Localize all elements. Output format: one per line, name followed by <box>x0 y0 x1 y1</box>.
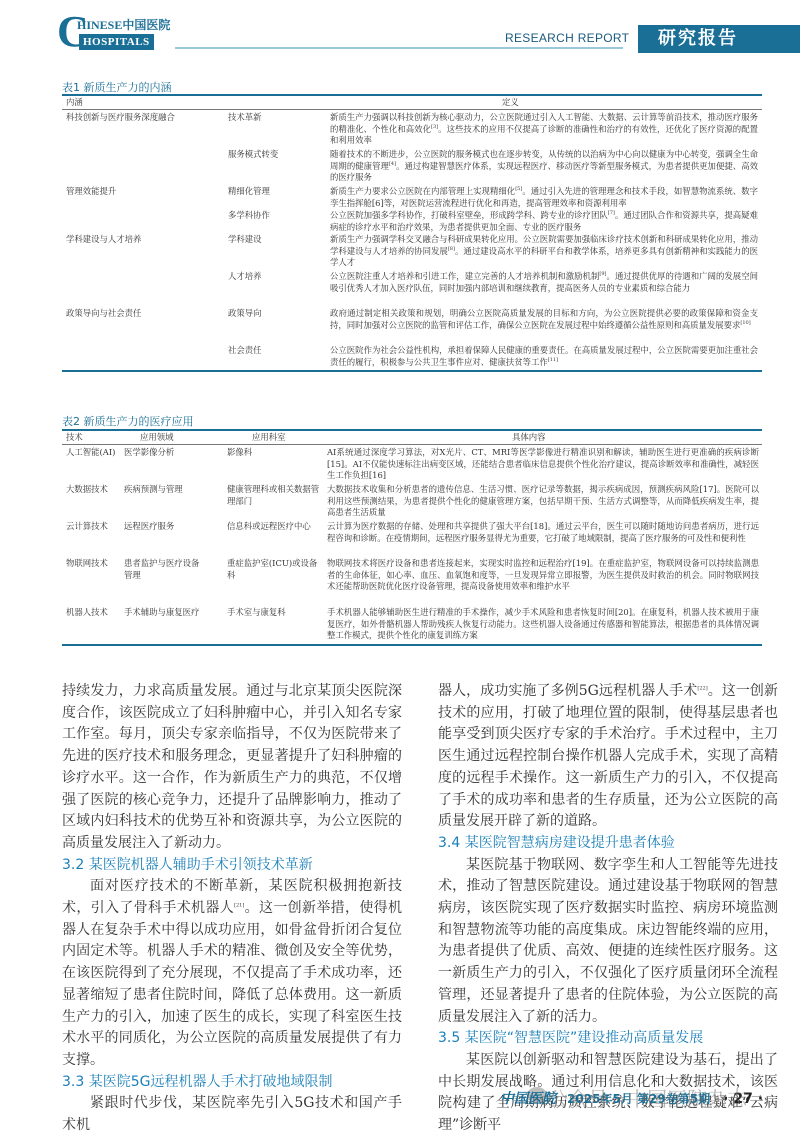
table2-dept: 重症监护室(ICU)或设备科 <box>227 558 322 581</box>
table1-category: 科技创新与医疗服务深度融合 <box>66 112 175 124</box>
table1-category: 政策导向与社会责任 <box>66 308 141 320</box>
table1-row: 政策导向与社会责任政策导向政府通过制定相关政策和规划，明确公立医院高质量发展的目… <box>62 308 762 345</box>
table2-header: 技术 应用领域 应用科室 具体内容 <box>62 431 762 445</box>
table2-content: 手术机器人能够辅助医生进行精准的手术操作，减少手术风险和患者恢复时间[20]。在… <box>327 607 759 642</box>
table1-subcategory: 政策导向 <box>228 308 262 320</box>
table2-row: 物联网技术患者监护与医疗设备管理重症监护室(ICU)或设备科物联网技术将医疗设备… <box>62 558 762 607</box>
table1-row: 人才培养公立医院注重人才培养和引进工作，建立完善的人才培养机制和激励机制[9]。… <box>62 271 762 308</box>
header-divider <box>175 47 623 49</box>
citation: [7] <box>608 210 615 216</box>
paragraph: 持续发力，力求高质量发展。通过与北京某顶尖医院深度合作，该医院成立了妇科肿瘤中心… <box>62 681 402 855</box>
table2-header-field: 应用领域 <box>140 432 174 444</box>
watermark: 公众号 · 中国医院杂志 <box>548 1083 747 1112</box>
section-heading-3-3: 3.3 某医院5G远程机器人手术打破地域限制 <box>62 1072 402 1094</box>
table1-row: 多学科协作公立医院加强多学科协作，打破科室壁垒，形成跨学科、跨专业的诊疗团队[7… <box>62 210 762 234</box>
logo-line-hospitals: HOSPITALS <box>79 34 154 50</box>
table2-content: AI系统通过深度学习算法，对X光片、CT、MRI等医学影像进行精准识别和解读，辅… <box>327 447 759 482</box>
table1-subcategory: 多学科协作 <box>228 210 270 222</box>
table1-subcategory: 技术革新 <box>228 112 262 124</box>
table2-content: 云计算为医疗数据的存储、处理和共享提供了强大平台[18]。通过云平台，医生可以随… <box>327 521 759 544</box>
text: 。这一创新技术的应用，打破了地理位置的限制，使得基层患者也能享受到顶尖医疗专家的… <box>438 683 778 829</box>
table2-field: 手术辅助与康复医疗 <box>124 607 204 619</box>
paragraph: 某医院基于物联网、数字孪生和人工智能等先进技术，推动了智慧医院建设。通过建设基于… <box>438 855 778 1029</box>
journal-logo: C HINESE中国医院 HOSPITALS <box>57 14 177 54</box>
text: 器人，成功实施了多例5G远程机器人手术 <box>438 683 697 699</box>
table1-definition: 公立医院注重人才培养和引进工作，建立完善的人才培养机制和激励机制[9]。通过提供… <box>330 271 758 294</box>
citation: [11] <box>548 357 558 363</box>
text: 。这一创新举措，使得机器人在复杂手术中得以成功应用，如骨盆骨折闭合复位内固定术等… <box>62 900 402 1068</box>
paragraph: 面对医疗技术的不断革新，某医院积极拥抱新技术，引入了骨科手术机器人[21]。这一… <box>62 876 402 1071</box>
section-heading-3-5: 3.5 某医院“智慧医院”建设推动高质量发展 <box>438 1028 778 1050</box>
table1-row: 社会责任公立医院作为社会公益性机构，承担着保障人民健康的重要责任。在高质量发展过… <box>62 345 762 370</box>
table2-header-content: 具体内容 <box>512 432 546 444</box>
table1-header: 内涵 定义 <box>62 96 762 110</box>
table2-field: 疾病预测与管理 <box>124 484 204 496</box>
paragraph: 紧跟时代步伐，某医院率先引入5G技术和国产手术机 <box>62 1093 402 1131</box>
table1-header-definition: 定义 <box>502 97 519 109</box>
citation: [22] <box>697 685 707 691</box>
body-column-left: 持续发力，力求高质量发展。通过与北京某顶尖医院深度合作，该医院成立了妇科肿瘤中心… <box>62 681 402 1131</box>
table1-subcategory: 精细化管理 <box>228 186 270 198</box>
table1-row: 管理效能提升精细化管理新质生产力要求公立医院在内部管理上实现精细化[5]。通过引… <box>62 186 762 210</box>
table2-field: 医学影像分析 <box>124 447 204 459</box>
section-heading-3-2: 3.2 某医院机器人辅助手术引领技术革新 <box>62 855 402 877</box>
table2-header-tech: 技术 <box>66 432 83 444</box>
citation: [10] <box>740 320 750 326</box>
paragraph: 器人，成功实施了多例5G远程机器人手术[22]。这一创新技术的应用，打破了地理位… <box>438 681 778 833</box>
table1-caption: 表1 新质生产力的内涵 <box>62 79 172 95</box>
table2-caption: 表2 新质生产力的医疗应用 <box>62 413 194 429</box>
table1-definition: 新质生产力要求公立医院在内部管理上实现精细化[5]。通过引入先进的管理理念和技术… <box>330 186 758 209</box>
table2-header-dept: 应用科室 <box>252 432 286 444</box>
table2-row: 机器人技术手术辅助与康复医疗手术室与康复科手术机器人能够辅助医生进行精准的手术操… <box>62 607 762 644</box>
table2-dept: 健康管理科或相关数据管理部门 <box>227 484 322 507</box>
table2-row: 大数据技术疾病预测与管理健康管理科或相关数据管理部门大数据技术收集和分析患者的遗… <box>62 484 762 521</box>
section-tab: 研究报告 <box>638 25 800 53</box>
citation: [4] <box>389 161 396 167</box>
table1-subcategory: 人才培养 <box>228 271 262 283</box>
text: 公立医院加强多学科协作，打破科室壁垒，形成跨学科、跨专业的诊疗团队 <box>330 210 608 220</box>
table2-content: 物联网技术将医疗设备和患者连接起来，实现实时监控和远程治疗[19]。在重症监护室… <box>327 558 759 593</box>
body-column-right: 器人，成功实施了多例5G远程机器人手术[22]。这一创新技术的应用，打破了地理位… <box>438 681 778 1131</box>
table1-definition: 随着技术的不断进步，公立医院的服务模式也在逐步转变，从传统的以治病为中心向以健康… <box>330 149 758 184</box>
table2: 技术 应用领域 应用科室 具体内容 人工智能(AI)医学影像分析影像科AI系统通… <box>62 429 762 646</box>
table2-field: 患者监护与医疗设备管理 <box>124 558 204 581</box>
text: 政府通过制定相关政策和规划，明确公立医院高质量发展的目标和方向，为公立医院提供必… <box>330 308 758 330</box>
table2-dept: 手术室与康复科 <box>227 607 322 619</box>
section-heading-3-4: 3.4 某医院智慧病房建设提升患者体验 <box>438 833 778 855</box>
table2-row: 云计算技术远程医疗服务信息科或远程医疗中心云计算为医疗数据的存储、处理和共享提供… <box>62 521 762 558</box>
research-report-label: RESEARCH REPORT <box>505 31 629 45</box>
table1-definition: 公立医院加强多学科协作，打破科室壁垒，形成跨学科、跨专业的诊疗团队[7]。通过团… <box>330 210 758 233</box>
table2-row: 人工智能(AI)医学影像分析影像科AI系统通过深度学习算法，对X光片、CT、MR… <box>62 447 762 484</box>
citation: [21] <box>234 902 244 908</box>
table2-dept: 信息科或远程医疗中心 <box>227 521 322 533</box>
table1-subcategory: 服务模式转变 <box>228 149 278 161</box>
table1-row: 服务模式转变随着技术的不断进步，公立医院的服务模式也在逐步转变，从传统的以治病为… <box>62 149 762 186</box>
table2-field: 远程医疗服务 <box>124 521 204 533</box>
page-header: C HINESE中国医院 HOSPITALS RESEARCH REPORT 研… <box>0 0 800 60</box>
table1-category: 学科建设与人才培养 <box>66 234 141 246</box>
table1-row: 科技创新与医疗服务深度融合技术革新新质生产力强调以科技创新为核心驱动力，公立医院… <box>62 112 762 149</box>
logo-line-chinese: HINESE中国医院 <box>77 18 170 32</box>
text: 新质生产力要求公立医院在内部管理上实现精细化 <box>330 186 515 196</box>
table1: 内涵 定义 科技创新与医疗服务深度融合技术革新新质生产力强调以科技创新为核心驱动… <box>62 94 762 372</box>
text: 公立医院注重人才培养和引进工作，建立完善的人才培养机制和激励机制 <box>330 271 599 281</box>
table1-row: 学科建设与人才培养学科建设新质生产力强调学科交叉融合与科研成果转化应用。公立医院… <box>62 234 762 271</box>
table1-category: 管理效能提升 <box>66 186 116 198</box>
table2-dept: 影像科 <box>227 447 322 459</box>
table1-definition: 政府通过制定相关政策和规划，明确公立医院高质量发展的目标和方向，为公立医院提供必… <box>330 308 758 331</box>
table1-subcategory: 学科建设 <box>228 234 262 246</box>
citation: [8] <box>448 246 455 252</box>
table1-subcategory: 社会责任 <box>228 345 262 357</box>
table1-header-content: 内涵 <box>66 97 83 109</box>
text: 公立医院作为社会公益性机构，承担着保障人民健康的重要责任。在高质量发展过程中，公… <box>330 345 758 367</box>
table2-content: 大数据技术收集和分析患者的遗传信息、生活习惯、医疗记录等数据，揭示疾病成因，预测… <box>327 484 759 519</box>
table1-definition: 新质生产力强调学科交叉融合与科研成果转化应用。公立医院需要加强临床诊疗技术创新和… <box>330 234 758 269</box>
table1-definition: 公立医院作为社会公益性机构，承担着保障人民健康的重要责任。在高质量发展过程中，公… <box>330 345 758 368</box>
table1-definition: 新质生产力强调以科技创新为核心驱动力，公立医院通过引入人工智能、大数据、云计算等… <box>330 112 758 147</box>
